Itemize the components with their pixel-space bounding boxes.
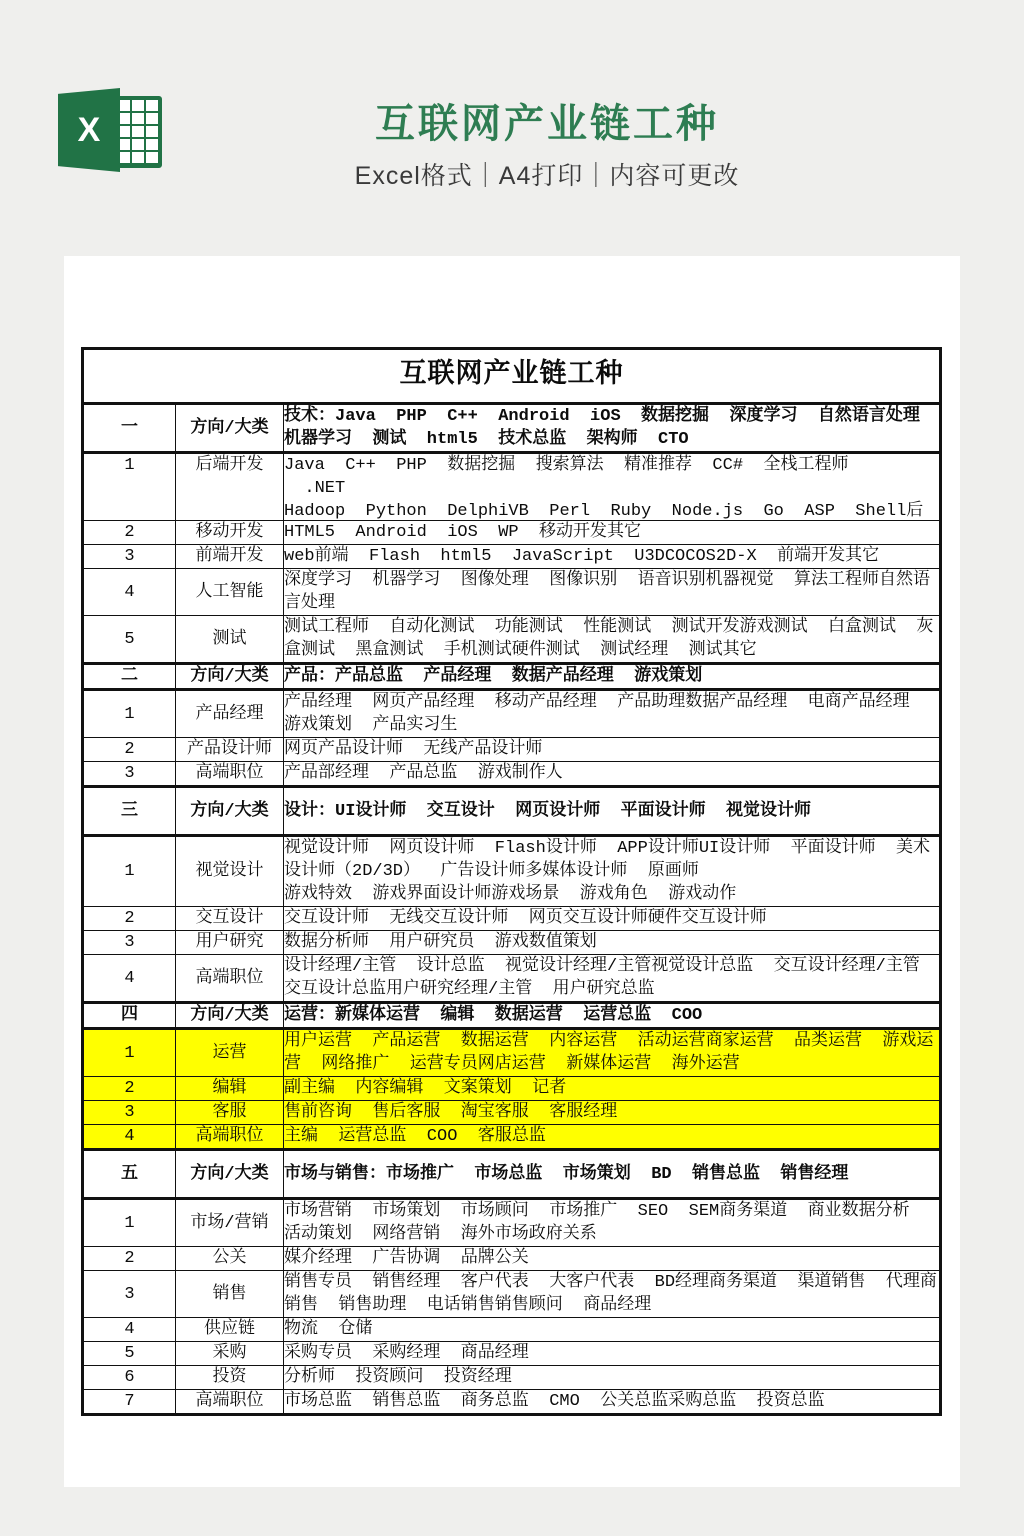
cell-cat: 高端职位 xyxy=(176,762,284,787)
cell-content-text: 运营：新媒体运营 编辑 数据运营 运营总监 COO xyxy=(284,1004,939,1027)
cell-cat: 交互设计 xyxy=(176,907,284,931)
cell-no: 4 xyxy=(83,1125,176,1150)
cell-no: 3 xyxy=(83,762,176,787)
cell-cat: 测试 xyxy=(176,616,284,664)
cell-cat: 前端开发 xyxy=(176,545,284,569)
cell-content: 交互设计师 无线交互设计师 网页交互设计师硬件交互设计师 xyxy=(284,907,941,931)
cell-cat: 方向/大类 xyxy=(176,1003,284,1029)
cell-cat: 产品经理 xyxy=(176,690,284,738)
cell-cat: 供应链 xyxy=(176,1318,284,1342)
cell-cat: 方向/大类 xyxy=(176,404,284,453)
cell-no: 2 xyxy=(83,521,176,545)
cell-content-text: 视觉设计师 网页设计师 Flash设计师 APP设计师UI设计师 平面设计师 美… xyxy=(284,837,939,906)
cell-cat: 高端职位 xyxy=(176,1125,284,1150)
cell-no: 四 xyxy=(83,1003,176,1029)
cell-cat: 采购 xyxy=(176,1342,284,1366)
cell-cat: 移动开发 xyxy=(176,521,284,545)
cell-content: 媒介经理 广告协调 品牌公关 xyxy=(284,1247,941,1271)
cell-content: 设计经理/主管 设计总监 视觉设计经理/主管视觉设计总监 交互设计经理/主管 交… xyxy=(284,955,941,1003)
cell-cat: 高端职位 xyxy=(176,955,284,1003)
table-row: 3前端开发web前端 Flash html5 JavaScript U3DCOC… xyxy=(83,545,941,569)
cell-content: 视觉设计师 网页设计师 Flash设计师 APP设计师UI设计师 平面设计师 美… xyxy=(284,836,941,907)
cell-content: 深度学习 机器学习 图像处理 图像识别 语音识别机器视觉 算法工程师自然语言处理 xyxy=(284,569,941,616)
cell-cat: 客服 xyxy=(176,1101,284,1125)
cell-no: 2 xyxy=(83,1077,176,1101)
cell-content: 产品：产品总监 产品经理 数据产品经理 游戏策划 xyxy=(284,664,941,690)
cell-no: 三 xyxy=(83,787,176,836)
cell-content: 测试工程师 自动化测试 功能测试 性能测试 测试开发游戏测试 白盒测试 灰盒测试… xyxy=(284,616,941,664)
cell-content-text: 分析师 投资顾问 投资经理 xyxy=(284,1366,939,1389)
cell-content: 售前咨询 售后客服 淘宝客服 客服经理 xyxy=(284,1101,941,1125)
table-row: 2移动开发HTML5 Android iOS WP 移动开发其它 xyxy=(83,521,941,545)
table-row: 1视觉设计视觉设计师 网页设计师 Flash设计师 APP设计师UI设计师 平面… xyxy=(83,836,941,907)
header: X 互联网产业链工种 Excel格式｜A4打印｜内容可更改 xyxy=(0,0,1024,256)
table-row: 5采购采购专员 采购经理 商品经理 xyxy=(83,1342,941,1366)
cell-content-text: HTML5 Android iOS WP 移动开发其它 xyxy=(284,521,939,544)
cell-no: 3 xyxy=(83,1271,176,1318)
cell-content: Java C++ PHP 数据挖掘 搜索算法 精准推荐 CC# 全栈工程师 .N… xyxy=(284,453,941,521)
cell-content-text: 市场营销 市场策划 市场顾问 市场推广 SEO SEM商务渠道 商业数据分析 活… xyxy=(284,1200,939,1246)
table-row: 一方向/大类技术：Java PHP C++ Android iOS 数据挖掘 深… xyxy=(83,404,941,453)
cell-content-text: 产品：产品总监 产品经理 数据产品经理 游戏策划 xyxy=(284,665,939,688)
cell-content-text: 主编 运营总监 COO 客服总监 xyxy=(284,1125,939,1148)
cell-content: 设计：UI设计师 交互设计 网页设计师 平面设计师 视觉设计师 xyxy=(284,787,941,836)
cell-content: 数据分析师 用户研究员 游戏数值策划 xyxy=(284,931,941,955)
cell-content: 主编 运营总监 COO 客服总监 xyxy=(284,1125,941,1150)
cell-no: 4 xyxy=(83,569,176,616)
cell-content-text: 采购专员 采购经理 商品经理 xyxy=(284,1342,939,1365)
cell-content-text: 深度学习 机器学习 图像处理 图像识别 语音识别机器视觉 算法工程师自然语言处理 xyxy=(284,569,939,615)
cell-content: web前端 Flash html5 JavaScript U3DCOCOS2D-… xyxy=(284,545,941,569)
cell-content-text: 售前咨询 售后客服 淘宝客服 客服经理 xyxy=(284,1101,939,1124)
cell-no: 1 xyxy=(83,836,176,907)
cell-content: 产品经理 网页产品经理 移动产品经理 产品助理数据产品经理 电商产品经理 游戏策… xyxy=(284,690,941,738)
table-row: 3客服售前咨询 售后客服 淘宝客服 客服经理 xyxy=(83,1101,941,1125)
cell-cat: 产品设计师 xyxy=(176,738,284,762)
table-row: 2产品设计师网页产品设计师 无线产品设计师 xyxy=(83,738,941,762)
cell-content: 用户运营 产品运营 数据运营 内容运营 活动运营商家运营 品类运营 游戏运营 网… xyxy=(284,1029,941,1077)
cell-content-text: 设计：UI设计师 交互设计 网页设计师 平面设计师 视觉设计师 xyxy=(284,800,939,823)
table-row: 2编辑副主编 内容编辑 文案策划 记者 xyxy=(83,1077,941,1101)
cell-cat: 方向/大类 xyxy=(176,1150,284,1199)
cell-content-text: 测试工程师 自动化测试 功能测试 性能测试 测试开发游戏测试 白盒测试 灰盒测试… xyxy=(284,616,939,662)
page-subtitle: Excel格式｜A4打印｜内容可更改 xyxy=(0,156,1024,192)
cell-content-text: 市场与销售：市场推广 市场总监 市场策划 BD 销售总监 销售经理 xyxy=(284,1163,939,1186)
cell-content-text: 产品部经理 产品总监 游戏制作人 xyxy=(284,762,939,785)
cell-no: 1 xyxy=(83,1029,176,1077)
cell-cat: 后端开发 xyxy=(176,453,284,521)
cell-cat: 视觉设计 xyxy=(176,836,284,907)
cell-content: 市场总监 销售总监 商务总监 CMO 公关总监采购总监 投资总监 xyxy=(284,1390,941,1415)
cell-content-text: 技术：Java PHP C++ Android iOS 数据挖掘 深度学习 自然… xyxy=(284,405,939,451)
cell-no: 6 xyxy=(83,1366,176,1390)
cell-content-text: 设计经理/主管 设计总监 视觉设计经理/主管视觉设计总监 交互设计经理/主管 交… xyxy=(284,955,939,1001)
template-preview: { "header": { "title": "互联网产业链工种", "subt… xyxy=(0,0,1024,1536)
cell-content: HTML5 Android iOS WP 移动开发其它 xyxy=(284,521,941,545)
table-row: 3高端职位产品部经理 产品总监 游戏制作人 xyxy=(83,762,941,787)
cell-content-text: 网页产品设计师 无线产品设计师 xyxy=(284,738,939,761)
cell-cat: 销售 xyxy=(176,1271,284,1318)
cell-cat: 投资 xyxy=(176,1366,284,1390)
cell-no: 二 xyxy=(83,664,176,690)
table-row: 1产品经理产品经理 网页产品经理 移动产品经理 产品助理数据产品经理 电商产品经… xyxy=(83,690,941,738)
cell-no: 2 xyxy=(83,907,176,931)
cell-content-text: Java C++ PHP 数据挖掘 搜索算法 精准推荐 CC# 全栈工程师 .N… xyxy=(284,454,939,520)
cell-no: 5 xyxy=(83,616,176,664)
cell-cat: 市场/营销 xyxy=(176,1199,284,1247)
cell-content: 产品部经理 产品总监 游戏制作人 xyxy=(284,762,941,787)
cell-content-text: 产品经理 网页产品经理 移动产品经理 产品助理数据产品经理 电商产品经理 游戏策… xyxy=(284,691,939,737)
table-row: 五方向/大类市场与销售：市场推广 市场总监 市场策划 BD 销售总监 销售经理 xyxy=(83,1150,941,1199)
cell-content: 运营：新媒体运营 编辑 数据运营 运营总监 COO xyxy=(284,1003,941,1029)
cell-content-text: 数据分析师 用户研究员 游戏数值策划 xyxy=(284,931,939,954)
job-table-body: 一方向/大类技术：Java PHP C++ Android iOS 数据挖掘 深… xyxy=(83,404,941,1415)
cell-cat: 高端职位 xyxy=(176,1390,284,1415)
table-row: 1运营用户运营 产品运营 数据运营 内容运营 活动运营商家运营 品类运营 游戏运… xyxy=(83,1029,941,1077)
table-row: 4高端职位主编 运营总监 COO 客服总监 xyxy=(83,1125,941,1150)
cell-content: 网页产品设计师 无线产品设计师 xyxy=(284,738,941,762)
table-title-row: 互联网产业链工种 xyxy=(83,349,941,404)
table-row: 1后端开发Java C++ PHP 数据挖掘 搜索算法 精准推荐 CC# 全栈工… xyxy=(83,453,941,521)
table-row: 4人工智能深度学习 机器学习 图像处理 图像识别 语音识别机器视觉 算法工程师自… xyxy=(83,569,941,616)
table-row: 4高端职位设计经理/主管 设计总监 视觉设计经理/主管视觉设计总监 交互设计经理… xyxy=(83,955,941,1003)
cell-content: 物流 仓储 xyxy=(284,1318,941,1342)
cell-content-text: 副主编 内容编辑 文案策划 记者 xyxy=(284,1077,939,1100)
cell-content: 技术：Java PHP C++ Android iOS 数据挖掘 深度学习 自然… xyxy=(284,404,941,453)
cell-no: 2 xyxy=(83,738,176,762)
cell-no: 1 xyxy=(83,1199,176,1247)
cell-cat: 用户研究 xyxy=(176,931,284,955)
cell-no: 4 xyxy=(83,1318,176,1342)
cell-no: 3 xyxy=(83,931,176,955)
cell-cat: 编辑 xyxy=(176,1077,284,1101)
cell-cat: 方向/大类 xyxy=(176,664,284,690)
table-row: 5测试测试工程师 自动化测试 功能测试 性能测试 测试开发游戏测试 白盒测试 灰… xyxy=(83,616,941,664)
cell-content: 副主编 内容编辑 文案策划 记者 xyxy=(284,1077,941,1101)
table-title: 互联网产业链工种 xyxy=(83,349,941,404)
cell-no: 3 xyxy=(83,545,176,569)
cell-no: 一 xyxy=(83,404,176,453)
table-row: 2交互设计交互设计师 无线交互设计师 网页交互设计师硬件交互设计师 xyxy=(83,907,941,931)
cell-content: 销售专员 销售经理 客户代表 大客户代表 BD经理商务渠道 渠道销售 代理商销售… xyxy=(284,1271,941,1318)
cell-content: 分析师 投资顾问 投资经理 xyxy=(284,1366,941,1390)
cell-content: 采购专员 采购经理 商品经理 xyxy=(284,1342,941,1366)
table-row: 1市场/营销市场营销 市场策划 市场顾问 市场推广 SEO SEM商务渠道 商业… xyxy=(83,1199,941,1247)
cell-no: 4 xyxy=(83,955,176,1003)
cell-content: 市场与销售：市场推广 市场总监 市场策划 BD 销售总监 销售经理 xyxy=(284,1150,941,1199)
table-row: 6投资分析师 投资顾问 投资经理 xyxy=(83,1366,941,1390)
table-row: 7高端职位市场总监 销售总监 商务总监 CMO 公关总监采购总监 投资总监 xyxy=(83,1390,941,1415)
cell-cat: 方向/大类 xyxy=(176,787,284,836)
cell-no: 2 xyxy=(83,1247,176,1271)
cell-no: 1 xyxy=(83,690,176,738)
cell-content-text: 交互设计师 无线交互设计师 网页交互设计师硬件交互设计师 xyxy=(284,907,939,930)
cell-no: 五 xyxy=(83,1150,176,1199)
table-row: 二方向/大类产品：产品总监 产品经理 数据产品经理 游戏策划 xyxy=(83,664,941,690)
cell-content-text: web前端 Flash html5 JavaScript U3DCOCOS2D-… xyxy=(284,545,939,568)
table-row: 4供应链物流 仓储 xyxy=(83,1318,941,1342)
cell-no: 5 xyxy=(83,1342,176,1366)
cell-no: 3 xyxy=(83,1101,176,1125)
table-row: 3用户研究数据分析师 用户研究员 游戏数值策划 xyxy=(83,931,941,955)
cell-content-text: 销售专员 销售经理 客户代表 大客户代表 BD经理商务渠道 渠道销售 代理商销售… xyxy=(284,1271,939,1317)
cell-content-text: 物流 仓储 xyxy=(284,1318,939,1341)
cell-content-text: 市场总监 销售总监 商务总监 CMO 公关总监采购总监 投资总监 xyxy=(284,1390,939,1413)
cell-content-text: 媒介经理 广告协调 品牌公关 xyxy=(284,1247,939,1270)
cell-content-text: 用户运营 产品运营 数据运营 内容运营 活动运营商家运营 品类运营 游戏运营 网… xyxy=(284,1030,939,1076)
table-row: 四方向/大类运营：新媒体运营 编辑 数据运营 运营总监 COO xyxy=(83,1003,941,1029)
page-title: 互联网产业链工种 xyxy=(0,92,1024,149)
table-row: 三方向/大类设计：UI设计师 交互设计 网页设计师 平面设计师 视觉设计师 xyxy=(83,787,941,836)
cell-no: 1 xyxy=(83,453,176,521)
cell-cat: 公关 xyxy=(176,1247,284,1271)
table-row: 2公关媒介经理 广告协调 品牌公关 xyxy=(83,1247,941,1271)
table-row: 3销售销售专员 销售经理 客户代表 大客户代表 BD经理商务渠道 渠道销售 代理… xyxy=(83,1271,941,1318)
cell-no: 7 xyxy=(83,1390,176,1415)
job-table: 互联网产业链工种 一方向/大类技术：Java PHP C++ Android i… xyxy=(81,347,942,1416)
cell-content: 市场营销 市场策划 市场顾问 市场推广 SEO SEM商务渠道 商业数据分析 活… xyxy=(284,1199,941,1247)
cell-cat: 人工智能 xyxy=(176,569,284,616)
cell-cat: 运营 xyxy=(176,1029,284,1077)
document-page: 互联网产业链工种 一方向/大类技术：Java PHP C++ Android i… xyxy=(64,256,960,1487)
